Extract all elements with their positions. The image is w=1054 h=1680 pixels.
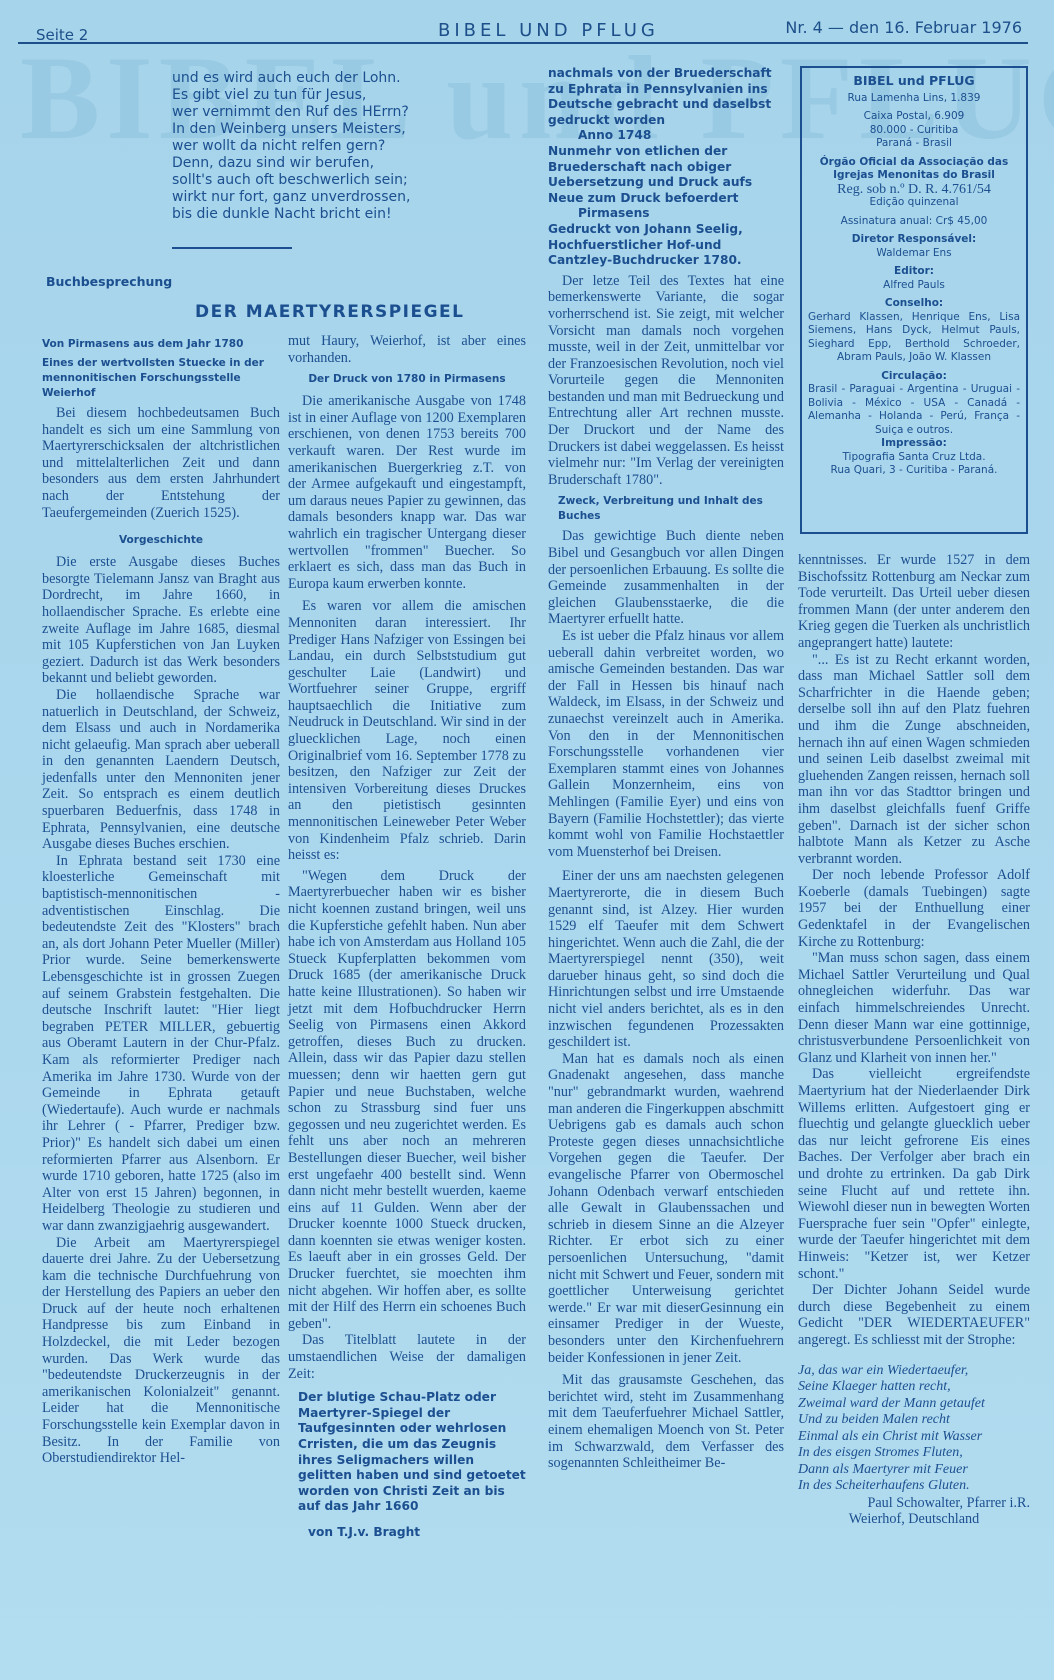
title-page-continued: nachmals von der Bruederschaft zu Ephrat… <box>548 66 784 128</box>
author-location: Weierhof, Deutschland <box>798 1511 1030 1528</box>
title-page-author: von T.J.v. Braght <box>288 1525 526 1541</box>
article-column-2: mut Haury, Weierhof, ist aber eines vorh… <box>288 333 526 1541</box>
section-label: Buchbesprechung <box>46 274 172 289</box>
infobox-address: Rua Lamenha Lins, 1.839 <box>802 92 1026 106</box>
verse-line: In des eisgen Stromes Fluten, <box>798 1445 1030 1462</box>
verse-line: Seine Klaeger hatten recht, <box>798 1379 1030 1396</box>
infobox-editor: Alfred Pauls <box>802 279 1026 293</box>
title-page-quote: Der blutige Schau-Platz oder Maertyrer-S… <box>288 1390 526 1515</box>
infobox-title: BIBEL und PFLUG <box>802 74 1026 88</box>
quote-paragraph: "Man muss schon sagen, dass einem Michae… <box>798 950 1030 1066</box>
paragraph: Das vielleicht ergreifendste Maertyrium … <box>798 1066 1030 1282</box>
verse-line: Und zu beiden Malen recht <box>798 1412 1030 1429</box>
poem-line: bis die dunkle Nacht bricht ein! <box>172 206 432 223</box>
poem-divider <box>172 247 292 249</box>
subhead: Eines der wertvollsten Stuecke in der me… <box>42 356 280 401</box>
infobox-circulation-label: Circulação: <box>802 370 1026 384</box>
paragraph: Es waren vor allem die amischen Mennonit… <box>288 598 526 864</box>
title-page-anno: Anno 1748 <box>548 128 784 144</box>
article-column-1: Von Pirmasens aus dem Jahr 1780 Eines de… <box>42 333 280 1467</box>
infobox-printer: Rua Quari, 3 - Curitiba - Paraná. <box>802 464 1026 478</box>
infobox-council: Gerhard Klassen, Henrique Ens, Lisa Siem… <box>802 311 1026 365</box>
infobox-edition: Edição quinzenal <box>802 196 1026 210</box>
poem-line: wer vernimmt den Ruf des HErrn? <box>172 104 432 121</box>
issue-date: Nr. 4 — den 16. Februar 1976 <box>785 18 1022 37</box>
infobox-subscription: Assinatura anual: Cr$ 45,00 <box>802 215 1026 229</box>
infobox-printing-label: Impressão: <box>802 437 1026 451</box>
infobox-address: Caixa Postal, 6.909 <box>802 110 1026 124</box>
subhead: Der Druck von 1780 in Pirmasens <box>288 372 526 387</box>
infobox-council-label: Conselho: <box>802 297 1026 311</box>
poem: und es wird auch euch der Lohn. Es gibt … <box>172 70 432 223</box>
newspaper-page: BIBEL und PFLUG Seite 2 BIBEL UND PFLUG … <box>0 0 1054 1680</box>
paragraph: Es ist ueber die Pfalz hinaus vor allem … <box>548 628 784 860</box>
paragraph: Die amerikanische Ausgabe von 1748 ist i… <box>288 393 526 592</box>
verse-line: Dann als Maertyrer mit Feuer <box>798 1462 1030 1479</box>
paragraph: Der letze Teil des Textes hat eine bemer… <box>548 273 784 489</box>
paragraph: Die erste Ausgabe dieses Buches besorgte… <box>42 554 280 687</box>
infobox-printer: Tipografia Santa Cruz Ltda. <box>802 451 1026 465</box>
article-title: DER MAERTYRERSPIEGEL <box>195 302 465 322</box>
paragraph: Der Dichter Johann Seidel wurde durch di… <box>798 1282 1030 1348</box>
paragraph: Die hollaendische Sprache war natuerlich… <box>42 687 280 853</box>
infobox-address: Paraná - Brasil <box>802 137 1026 151</box>
page-header: Seite 2 BIBEL UND PFLUG Nr. 4 — den 16. … <box>18 14 1028 44</box>
verse-line: Ja, das war ein Wiedertaeufer, <box>798 1363 1030 1380</box>
verse-line: Einmal als ein Christ mit Wasser <box>798 1429 1030 1446</box>
poem-line: und es wird auch euch der Lohn. <box>172 70 432 87</box>
paragraph: Das Titelblatt lautete in der umstaendli… <box>288 1332 526 1382</box>
verse-line: In des Scheiterhaufens Gluten. <box>798 1478 1030 1495</box>
infobox-organ: Órgão Oficial da Associação das Igrejas … <box>802 156 1026 183</box>
infobox-address: 80.000 - Curitiba <box>802 124 1026 138</box>
verse-line: Zweimal ward der Mann getaufet <box>798 1396 1030 1413</box>
paragraph: Die Arbeit am Maertyrerspiegel dauerte d… <box>42 1235 280 1467</box>
title-page-place: Pirmasens <box>548 206 784 222</box>
closing-verse: Ja, das war ein Wiedertaeufer, Seine Kla… <box>798 1363 1030 1495</box>
header-rule <box>18 42 1028 44</box>
article-column-4: kenntnisses. Er wurde 1527 in dem Bischo… <box>798 552 1030 1528</box>
publication-info-box: BIBEL und PFLUG Rua Lamenha Lins, 1.839 … <box>800 66 1028 534</box>
poem-line: wer wollt da nicht relfen gern? <box>172 138 432 155</box>
infobox-registration: Reg. sob n.º D. R. 4.761/54 <box>802 183 1026 197</box>
article-column-3: nachmals von der Bruederschaft zu Ephrat… <box>548 66 784 1472</box>
paragraph: Der noch lebende Professor Adolf Koeberl… <box>798 867 1030 950</box>
paragraph: mut Haury, Weierhof, ist aber eines vorh… <box>288 333 526 366</box>
infobox-director-label: Diretor Responsável: <box>802 233 1026 247</box>
title-page-printer: Gedruckt von Johann Seelig, Hochfuerstli… <box>548 222 784 269</box>
infobox-circulation: Brasil - Paraguai - Argentina - Uruguai … <box>802 383 1026 437</box>
paragraph: Man hat es damals noch als einen Gnadena… <box>548 1051 784 1366</box>
poem-line: Denn, dazu sind wir berufen, <box>172 155 432 172</box>
subhead: Zweck, Verbreitung und Inhalt des Buches <box>548 494 784 524</box>
paragraph: Einer der uns am naechsten gelegenen Mae… <box>548 868 784 1051</box>
poem-line: Es gibt viel zu tun für Jesus, <box>172 87 432 104</box>
paragraph: Bei diesem hochbedeutsamen Buch handelt … <box>42 405 280 521</box>
subhead: Von Pirmasens aus dem Jahr 1780 <box>42 337 280 352</box>
paragraph: Mit das grausamste Geschehen, das berich… <box>548 1372 784 1472</box>
paragraph: kenntnisses. Er wurde 1527 in dem Bischo… <box>798 552 1030 652</box>
subhead: Vorgeschichte <box>42 533 280 548</box>
quote-paragraph: "Wegen dem Druck der Maertyrerbuecher ha… <box>288 868 526 1333</box>
title-page-continued: Nunmehr von etlichen der Bruederschaft n… <box>548 144 784 206</box>
poem-line: sollt's auch oft beschwerlich sein; <box>172 172 432 189</box>
quote-paragraph: "... Es ist zu Recht erkannt worden, das… <box>798 652 1030 868</box>
masthead-title: BIBEL UND PFLUG <box>438 20 659 41</box>
poem-line: wirkt nur fort, ganz unverdrossen, <box>172 189 432 206</box>
infobox-editor-label: Editor: <box>802 265 1026 279</box>
paragraph: Das gewichtige Buch diente neben Bibel u… <box>548 528 784 628</box>
infobox-director: Waldemar Ens <box>802 247 1026 261</box>
poem-line: In den Weinberg unsers Meisters, <box>172 121 432 138</box>
author-signature: Paul Schowalter, Pfarrer i.R. <box>798 1495 1030 1512</box>
paragraph: In Ephrata bestand seit 1730 eine kloest… <box>42 853 280 1235</box>
